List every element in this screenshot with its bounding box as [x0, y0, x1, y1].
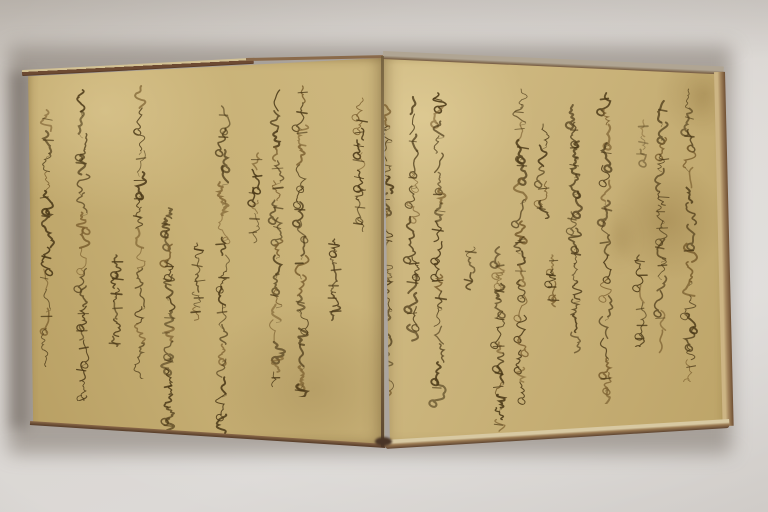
kotobagaki-transcription: 女のもとよりゆきふりはへりけるひ: [675, 382, 676, 383]
poem-transcription: あらはれわたるせせのあしろきかな: [125, 379, 126, 380]
author-column: 和泉式部: [542, 252, 564, 318]
poem-column: あらはれわたるせせのあしろきかな: [125, 83, 155, 379]
author-column: 藤原道信朝臣: [630, 252, 652, 347]
poem-column: あさほらけうちのかはきりたえたえに: [154, 205, 184, 445]
kotobagaki-column: 女のもとよりゆきふりはへりけるひ: [675, 86, 705, 382]
author-column: 前大納言公任: [105, 252, 127, 347]
author-transcription: 紫式部: [460, 296, 461, 297]
author-column: 前大納言公任: [245, 150, 267, 245]
binding-gutter: [381, 56, 384, 447]
binding-gutter-shadow: [375, 437, 392, 446]
author-transcription: 藤原兼房朝臣: [324, 331, 325, 332]
poem-column: なほうらめしきあさほらけかな: [560, 102, 590, 362]
author-column: 藤原兼房朝臣: [324, 236, 346, 331]
kotobagaki-transcription: ふりて: [632, 169, 633, 170]
poem-transcription: めくりあひてみしやそれともわかぬまに: [424, 422, 425, 423]
photo-of-open-manuscript-book: うちつくしたるには藤原兼房朝臣はかなくもきえにしひとをおもふかなわかれこしのちの…: [0, 0, 768, 512]
author-transcription: 和泉式部: [542, 318, 543, 319]
kotobagaki-transcription: うちつくしたるには: [349, 234, 350, 235]
poem-column: いまひとたひのあふこともかな: [485, 244, 515, 447]
left-page: うちつくしたるには藤原兼房朝臣はかなくもきえにしひとをおもふかなわかれこしのちの…: [26, 56, 385, 448]
author-column: 紫式部: [460, 244, 482, 296]
poem-column: なこそなかれてなほきこえけれ: [32, 107, 62, 367]
right-page: 女のもとよりゆきふりはへりけるひかへりてつかはしけるあしたにふりて藤原道信朝臣あ…: [381, 54, 729, 450]
author-transcription: 中納言定頼: [187, 321, 188, 322]
author-transcription: 前大納言公任: [245, 245, 246, 246]
poem-transcription: たにかせのさそひしもとのふるさとに: [68, 401, 69, 402]
poem-transcription: あけぬれはくるるものとはしりなから: [591, 404, 592, 405]
kotobagaki-transcription: かへりてつかはしけるあしたに: [647, 358, 648, 359]
poem-column: たきのおとはたえてひさしくなりぬれと: [208, 103, 238, 435]
poem-column: くもかくれにしよはのつきかな: [398, 94, 428, 354]
poem-column: たにかせのさそひしもとのふるさとに: [68, 87, 98, 401]
author-column: 中納言定頼: [187, 240, 209, 321]
poem-transcription: なほうらめしきあさほらけかな: [560, 362, 561, 363]
poem-column: あけぬれはくるるものとはしりなから: [591, 90, 621, 404]
author-transcription: 藤原道信朝臣: [630, 347, 631, 348]
author-transcription: 前大納言公任: [105, 347, 106, 348]
poem-column: めくりあひてみしやそれともわかぬまに: [424, 90, 454, 422]
kotobagaki-column: ふりて: [632, 117, 654, 169]
book-left-edge-shadow: [10, 72, 28, 428]
poem-transcription: わかれこしのちのかたみとなかむれは: [262, 401, 263, 402]
kotobagaki-column: うちつくしたるには: [349, 95, 371, 234]
